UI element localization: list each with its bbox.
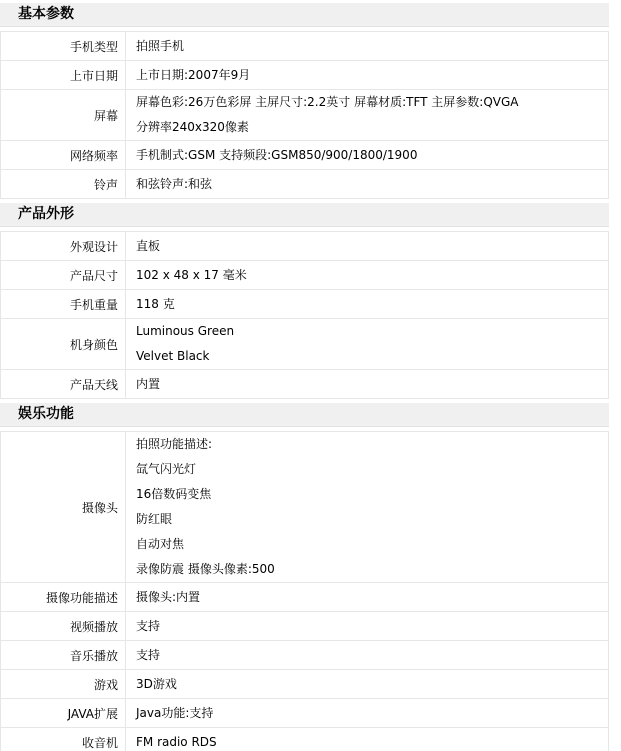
spec-value: 上市日期:2007年9月 xyxy=(126,61,608,89)
spec-value: FM radio RDS xyxy=(126,728,608,751)
spec-label: 产品尺寸 xyxy=(1,261,126,289)
spec-value: 和弦铃声:和弦 xyxy=(126,170,608,198)
spec-row-music-playback: 音乐播放 支持 xyxy=(1,641,608,670)
spec-row-screen: 屏幕 屏幕色彩:26万色彩屏 主屏尺寸:2.2英寸 屏幕材质:TFT 主屏参数:… xyxy=(1,90,608,141)
spec-value-line: 支持 xyxy=(136,614,608,639)
spec-value-line: 102 x 48 x 17 毫米 xyxy=(136,263,608,288)
spec-value: 屏幕色彩:26万色彩屏 主屏尺寸:2.2英寸 屏幕材质:TFT 主屏参数:QVG… xyxy=(126,90,608,140)
spec-value-line: 直板 xyxy=(136,234,608,259)
spec-value-line: Java功能:支持 xyxy=(136,701,608,726)
spec-label: 摄像头 xyxy=(1,432,126,582)
spec-value-line: 自动对焦 xyxy=(136,532,608,557)
spec-value-line: Velvet Black xyxy=(136,344,608,369)
spec-row-network: 网络频率 手机制式:GSM 支持频段:GSM850/900/1800/1900 xyxy=(1,141,608,170)
spec-row-dimensions: 产品尺寸 102 x 48 x 17 毫米 xyxy=(1,261,608,290)
spec-row-camera-function: 摄像功能描述 摄像头:内置 xyxy=(1,583,608,612)
spec-row-java: JAVA扩展 Java功能:支持 xyxy=(1,699,608,728)
spec-value: Java功能:支持 xyxy=(126,699,608,727)
spec-value-line: 分辨率240x320像素 xyxy=(136,115,608,140)
spec-value-line: 氙气闪光灯 xyxy=(136,457,608,482)
spec-value: 拍照功能描述: 氙气闪光灯 16倍数码变焦 防红眼 自动对焦 录像防震 摄像头像… xyxy=(126,432,608,582)
spec-value: 118 克 xyxy=(126,290,608,318)
section-header: 基本参数 xyxy=(0,3,609,27)
spec-value-line: 手机制式:GSM 支持频段:GSM850/900/1800/1900 xyxy=(136,143,608,168)
spec-row-video-playback: 视频播放 支持 xyxy=(1,612,608,641)
spec-row-games: 游戏 3D游戏 xyxy=(1,670,608,699)
spec-value-line: 和弦铃声:和弦 xyxy=(136,172,608,197)
spec-label: 屏幕 xyxy=(1,90,126,140)
section-entertainment: 娱乐功能 摄像头 拍照功能描述: 氙气闪光灯 16倍数码变焦 防红眼 自动对焦 … xyxy=(0,403,621,751)
spec-row-launch-date: 上市日期 上市日期:2007年9月 xyxy=(1,61,608,90)
section-header: 娱乐功能 xyxy=(0,403,609,427)
spec-label: 摄像功能描述 xyxy=(1,583,126,611)
spec-label: 收音机 xyxy=(1,728,126,751)
spec-label: 手机类型 xyxy=(1,32,126,60)
spec-label: 上市日期 xyxy=(1,61,126,89)
spec-row-weight: 手机重量 118 克 xyxy=(1,290,608,319)
spec-row-camera: 摄像头 拍照功能描述: 氙气闪光灯 16倍数码变焦 防红眼 自动对焦 录像防震 … xyxy=(1,432,608,583)
spec-value-line: 3D游戏 xyxy=(136,672,608,697)
spec-value: 102 x 48 x 17 毫米 xyxy=(126,261,608,289)
spec-label: 音乐播放 xyxy=(1,641,126,669)
section-basic-parameters: 基本参数 手机类型 拍照手机 上市日期 上市日期:2007年9月 屏幕 屏幕色彩… xyxy=(0,3,621,199)
spec-value-line: 支持 xyxy=(136,643,608,668)
spec-value-line: 录像防震 摄像头像素:500 xyxy=(136,557,608,582)
section-header: 产品外形 xyxy=(0,203,609,227)
spec-value-line: Luminous Green xyxy=(136,319,608,344)
spec-value-line: 防红眼 xyxy=(136,507,608,532)
spec-value-line: 屏幕色彩:26万色彩屏 主屏尺寸:2.2英寸 屏幕材质:TFT 主屏参数:QVG… xyxy=(136,90,608,115)
spec-row-radio: 收音机 FM radio RDS xyxy=(1,728,608,751)
section-product-design: 产品外形 外观设计 直板 产品尺寸 102 x 48 x 17 毫米 手机重量 … xyxy=(0,203,621,399)
spec-row-antenna: 产品天线 内置 xyxy=(1,370,608,399)
spec-value: Luminous Green Velvet Black xyxy=(126,319,608,369)
spec-value-line: 拍照功能描述: xyxy=(136,432,608,457)
spec-value-line: FM radio RDS xyxy=(136,730,608,751)
spec-label: JAVA扩展 xyxy=(1,699,126,727)
spec-value: 直板 xyxy=(126,232,608,260)
spec-value: 内置 xyxy=(126,370,608,398)
spec-label: 手机重量 xyxy=(1,290,126,318)
spec-row-ringtone: 铃声 和弦铃声:和弦 xyxy=(1,170,608,199)
spec-label: 铃声 xyxy=(1,170,126,198)
spec-value-line: 上市日期:2007年9月 xyxy=(136,63,608,88)
spec-value-line: 摄像头:内置 xyxy=(136,585,608,610)
spec-value: 手机制式:GSM 支持频段:GSM850/900/1800/1900 xyxy=(126,141,608,169)
spec-value-line: 内置 xyxy=(136,372,608,397)
spec-label: 网络频率 xyxy=(1,141,126,169)
spec-label: 外观设计 xyxy=(1,232,126,260)
spec-value-line: 118 克 xyxy=(136,292,608,317)
spec-value-line: 16倍数码变焦 xyxy=(136,482,608,507)
spec-label: 产品天线 xyxy=(1,370,126,398)
spec-table: 摄像头 拍照功能描述: 氙气闪光灯 16倍数码变焦 防红眼 自动对焦 录像防震 … xyxy=(0,431,609,751)
spec-value: 拍照手机 xyxy=(126,32,608,60)
spec-page: 基本参数 手机类型 拍照手机 上市日期 上市日期:2007年9月 屏幕 屏幕色彩… xyxy=(0,0,621,751)
spec-value: 3D游戏 xyxy=(126,670,608,698)
spec-value: 支持 xyxy=(126,641,608,669)
spec-label: 游戏 xyxy=(1,670,126,698)
spec-row-phone-type: 手机类型 拍照手机 xyxy=(1,32,608,61)
spec-row-body-color: 机身颜色 Luminous Green Velvet Black xyxy=(1,319,608,370)
spec-value: 摄像头:内置 xyxy=(126,583,608,611)
spec-label: 视频播放 xyxy=(1,612,126,640)
spec-value-line: 拍照手机 xyxy=(136,34,608,59)
spec-row-form-factor: 外观设计 直板 xyxy=(1,232,608,261)
spec-label: 机身颜色 xyxy=(1,319,126,369)
spec-table: 外观设计 直板 产品尺寸 102 x 48 x 17 毫米 手机重量 118 克… xyxy=(0,231,609,399)
spec-table: 手机类型 拍照手机 上市日期 上市日期:2007年9月 屏幕 屏幕色彩:26万色… xyxy=(0,31,609,199)
spec-value: 支持 xyxy=(126,612,608,640)
